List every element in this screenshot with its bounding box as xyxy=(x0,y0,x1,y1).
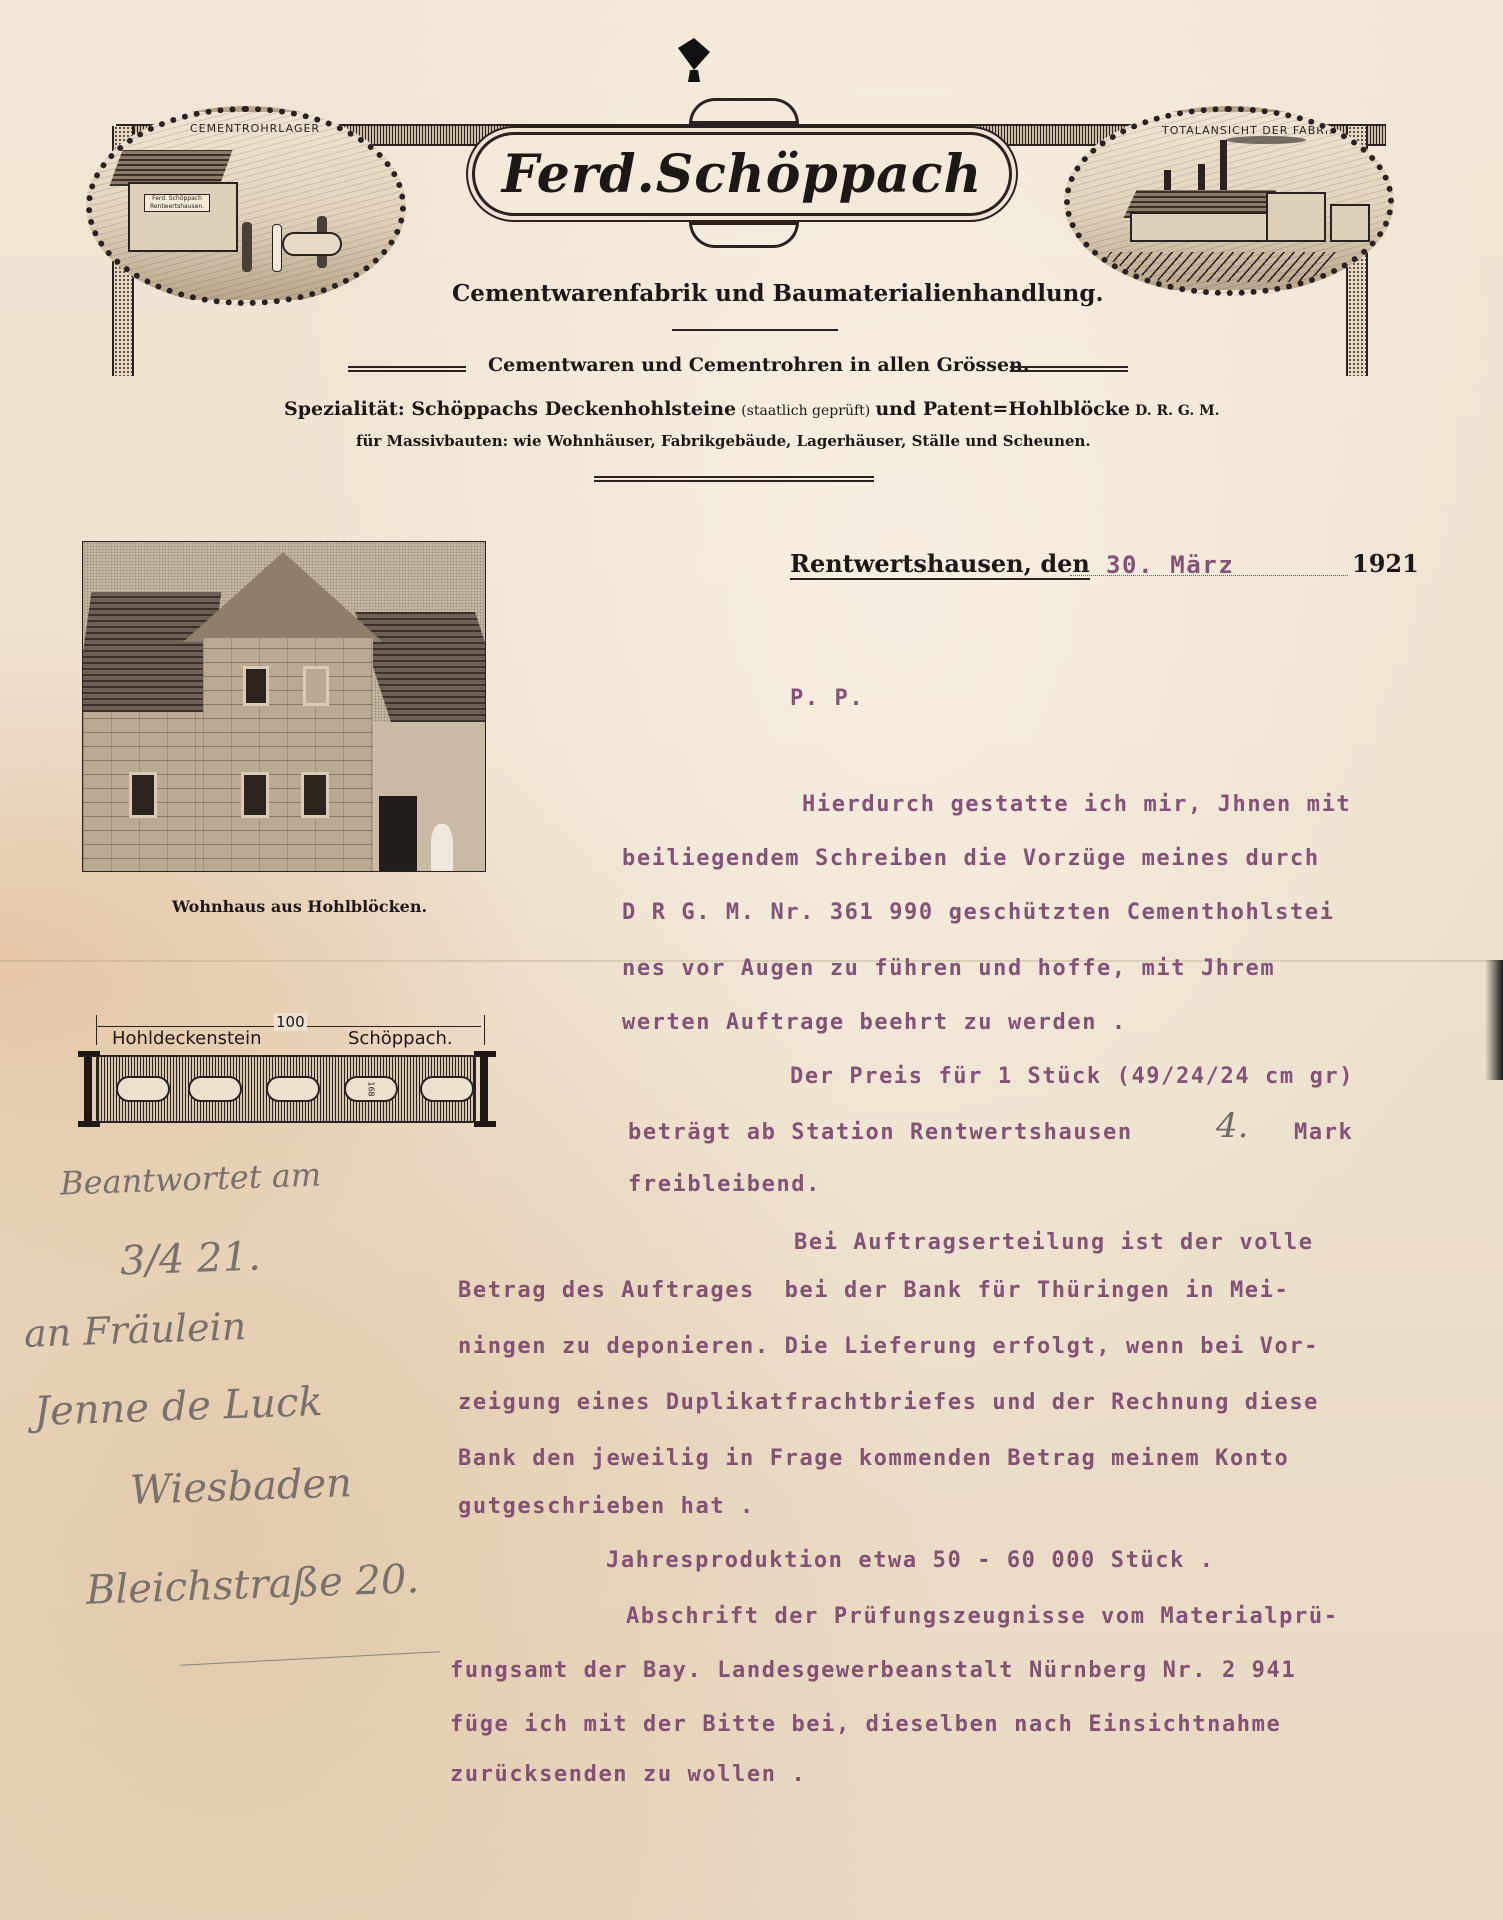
cement-pipe xyxy=(282,232,342,256)
hollow-block: 168 xyxy=(96,1055,476,1123)
letter-line: zurücksenden zu wollen . xyxy=(450,1762,806,1787)
diagram-label-left: Hohldeckenstein xyxy=(112,1028,262,1049)
price-handwritten: 4. xyxy=(1216,1106,1248,1146)
uses-line: für Massivbauten: wie Wohnhäuser, Fabrik… xyxy=(356,432,1091,450)
annotation-line: Wiesbaden xyxy=(129,1460,352,1514)
i-beam-right xyxy=(474,1051,496,1127)
person-figure xyxy=(431,824,453,872)
factory-building xyxy=(1130,212,1280,242)
window xyxy=(129,772,157,818)
ornament-bottom xyxy=(689,222,799,248)
letter-line: beträgt ab Station Rentwertshausen xyxy=(628,1120,1133,1145)
company-name: Ferd.Schöppach xyxy=(502,144,983,205)
window xyxy=(303,666,329,706)
window xyxy=(243,666,269,706)
door xyxy=(379,796,417,872)
letter-line: nes vor Augen zu führen und hoffe, mit J… xyxy=(622,956,1275,981)
annotation-line: Beantwortet am xyxy=(59,1155,321,1202)
annotation-line: Bleichstraße 20. xyxy=(85,1556,420,1614)
railway-tracks xyxy=(1089,252,1340,282)
dateline-day-month: 30. März xyxy=(1106,551,1234,579)
punch-hole-icon xyxy=(672,30,714,90)
diagram-label-right: Schöppach. xyxy=(348,1028,453,1049)
ornament-top xyxy=(689,98,799,124)
company-name-plate: Ferd.Schöppach xyxy=(472,132,1012,216)
letter-line: beiliegendem Schreiben die Vorzüge meine… xyxy=(622,846,1320,871)
letter-line: fungsamt der Bay. Landesgewerbeanstalt N… xyxy=(450,1658,1296,1683)
letter-line: Hierdurch gestatte ich mir, Jhnen mit xyxy=(802,792,1351,817)
window xyxy=(301,772,329,818)
hole-with-height-mark: 168 xyxy=(344,1076,398,1102)
company-subtitle: Cementwarenfabrik und Baumaterialienhand… xyxy=(452,280,1104,307)
letter-line: ningen zu deponieren. Die Lieferung erfo… xyxy=(458,1334,1319,1359)
letter-line: Bank den jeweilig in Frage kommenden Bet… xyxy=(458,1446,1289,1471)
letter-line: zeigung eines Duplikatfrachtbriefes und … xyxy=(458,1390,1319,1415)
letter-line: füge ich mit der Bitte bei, dieselben na… xyxy=(450,1712,1281,1737)
annotation-line: 3/4 21. xyxy=(119,1234,261,1285)
specialty-line: Spezialität: Schöppachs Deckenhohlsteine… xyxy=(284,398,1219,420)
divider-left xyxy=(348,366,466,372)
divider-short xyxy=(672,329,838,331)
window xyxy=(241,772,269,818)
letter-line: gutgeschrieben hat . xyxy=(458,1494,755,1519)
annotation-underline xyxy=(180,1651,440,1666)
vignette-cement-pipe-yard: Ferd. Schöppach Rentwertshausen. CEMENTR… xyxy=(86,106,406,306)
annotation-line: an Fräulein xyxy=(23,1304,247,1356)
letter-line: Betrag des Auftrages bei der Bank für Th… xyxy=(458,1278,1289,1303)
paper-edge-shadow xyxy=(1485,960,1503,1080)
dateline-place: Rentwertshausen, den xyxy=(790,549,1090,580)
salutation: P. P. xyxy=(790,686,864,711)
house-wall xyxy=(203,638,373,872)
worker-figure xyxy=(242,222,252,272)
products-line: Cementwaren und Cementrohren in allen Gr… xyxy=(488,354,1029,376)
letter-paper: Ferd. Schöppach Rentwertshausen. CEMENTR… xyxy=(0,0,1503,1920)
dateline-year: 1921 xyxy=(1352,549,1419,578)
annotation-line: Jenne de Luck xyxy=(33,1379,323,1435)
letter-line: Mark xyxy=(1294,1120,1353,1145)
divider-center xyxy=(594,476,874,482)
divider-right xyxy=(1010,366,1128,372)
letter-line: freibleibend. xyxy=(628,1172,821,1197)
worker-figure xyxy=(272,224,282,272)
letter-line: Bei Auftragserteilung ist der volle xyxy=(794,1230,1314,1255)
letter-line: werten Auftrage beehrt zu werden . xyxy=(622,1010,1127,1035)
vignette-left-label: CEMENTROHRLAGER xyxy=(190,122,320,135)
letter-line: Abschrift der Prüfungszeugnisse vom Mate… xyxy=(626,1604,1339,1629)
letter-line: D R G. M. Nr. 361 990 geschützten Cement… xyxy=(622,900,1335,925)
vignette-factory-view: TOTALANSICHT DER FABRIK xyxy=(1064,106,1394,296)
vignette-right-label: TOTALANSICHT DER FABRIK xyxy=(1162,124,1337,137)
dimension-label: 100 xyxy=(274,1013,307,1031)
photo-caption: Wohnhaus aus Hohlblöcken. xyxy=(172,897,427,916)
letter-line: Der Preis für 1 Stück (49/24/24 cm gr) xyxy=(790,1064,1354,1089)
shop-sign: Ferd. Schöppach Rentwertshausen. xyxy=(144,194,210,212)
letter-line: Jahresproduktion etwa 50 - 60 000 Stück … xyxy=(606,1548,1215,1573)
house-photo xyxy=(82,541,486,872)
building-illustration xyxy=(128,182,238,252)
